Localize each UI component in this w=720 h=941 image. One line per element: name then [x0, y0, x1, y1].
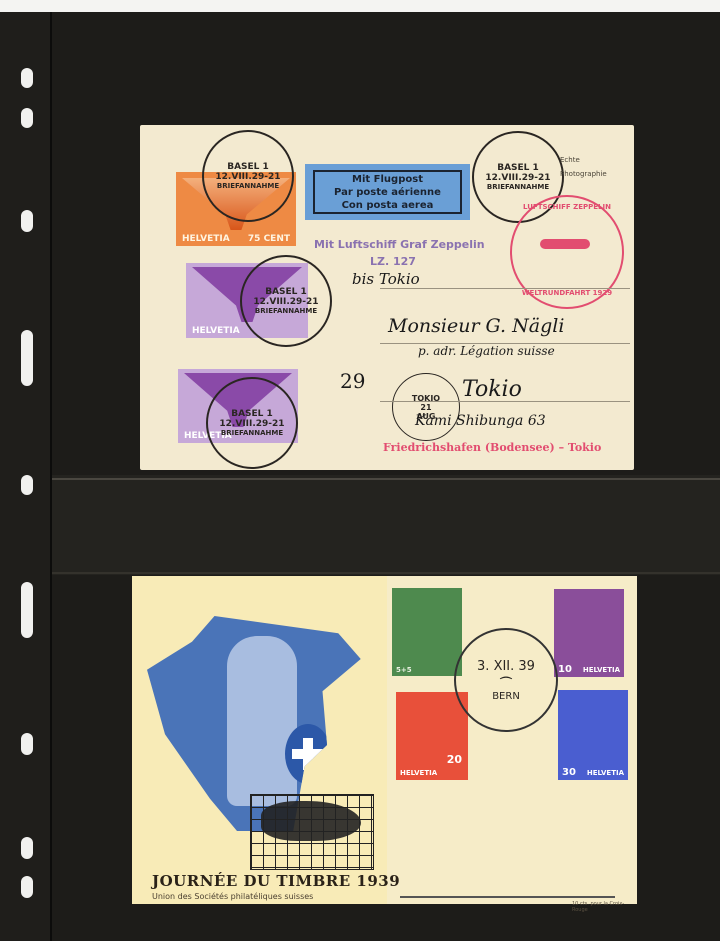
binder-hole — [21, 68, 33, 88]
binder-hole — [21, 733, 33, 755]
zeppelin-flight-cachet: Mit Luftschiff Graf Zeppelin — [314, 238, 485, 251]
stamp-20: HELVETIA 20 — [396, 692, 468, 780]
card-caption: 10 cts. pour la Croix-Rouge — [572, 901, 637, 913]
binder-hole — [21, 330, 33, 386]
airship-icon — [540, 239, 590, 249]
stamp-5-plus-5: 5+5 — [392, 588, 462, 676]
zeppelin-cachet: LUFTSCHIFF ZEPPELIN WELTRUNDFAHRT 1929 — [510, 195, 624, 309]
card-subtitle: Union des Sociétés philatéliques suisses — [152, 892, 313, 901]
bern-postmark: 3. XII. 39 ⌒ BERN — [454, 628, 558, 732]
binder-hole — [21, 582, 33, 638]
album-pocket-divider — [52, 475, 720, 575]
stamp-10: 10 HELVETIA — [554, 589, 624, 677]
binder-hole — [21, 108, 33, 128]
printed-corner-text: Echte Photographie — [560, 153, 607, 181]
helvetia-figure — [227, 636, 297, 806]
airmail-label: Mit Flugpost Par poste aérienne Con post… — [305, 164, 470, 220]
binder-strip — [0, 12, 52, 941]
binder-hole — [21, 475, 33, 495]
address-street: Kami Shibunga 63 — [415, 413, 546, 429]
posthorn-icon: ⌒ — [500, 674, 512, 691]
binder-hole — [21, 210, 33, 232]
stamp-day-1939-card[interactable]: JOURNÉE DU TIMBRE 1939 Union des Société… — [132, 576, 637, 904]
address-line — [380, 288, 630, 289]
lz127-cachet: LZ. 127 — [370, 255, 416, 268]
world-map-grid-icon — [250, 794, 374, 870]
address-city: Tokio — [462, 377, 522, 402]
basel-postmark: BASEL 1 12.VIII.29-21 BRIEFANNAHME — [202, 130, 294, 222]
scanner-margin — [0, 0, 720, 12]
address-line-3: p. adr. Légation suisse — [418, 344, 555, 358]
signature-line — [400, 896, 615, 898]
card-title: JOURNÉE DU TIMBRE 1939 — [152, 872, 400, 890]
pocket-edge — [52, 572, 720, 574]
pocket-edge — [52, 478, 720, 480]
route-cachet: Friedrichshafen (Bodensee) – Tokio — [383, 441, 601, 454]
basel-postmark: BASEL 1 12.VIII.29-21 BRIEFANNAHME — [206, 377, 298, 469]
binder-hole — [21, 837, 33, 859]
tokio-arrival-postmark: TOKIO 21 AUG — [392, 373, 460, 441]
swiss-shield-icon — [285, 724, 331, 784]
address-line-1: bis Tokio — [352, 270, 420, 288]
stamp-30: 30 HELVETIA — [558, 690, 628, 780]
binder-hole — [21, 876, 33, 898]
card-number: 29 — [340, 369, 365, 393]
basel-postmark: BASEL 1 12.VIII.29-21 BRIEFANNAHME — [240, 255, 332, 347]
address-recipient: Monsieur G. Nägli — [388, 315, 564, 337]
